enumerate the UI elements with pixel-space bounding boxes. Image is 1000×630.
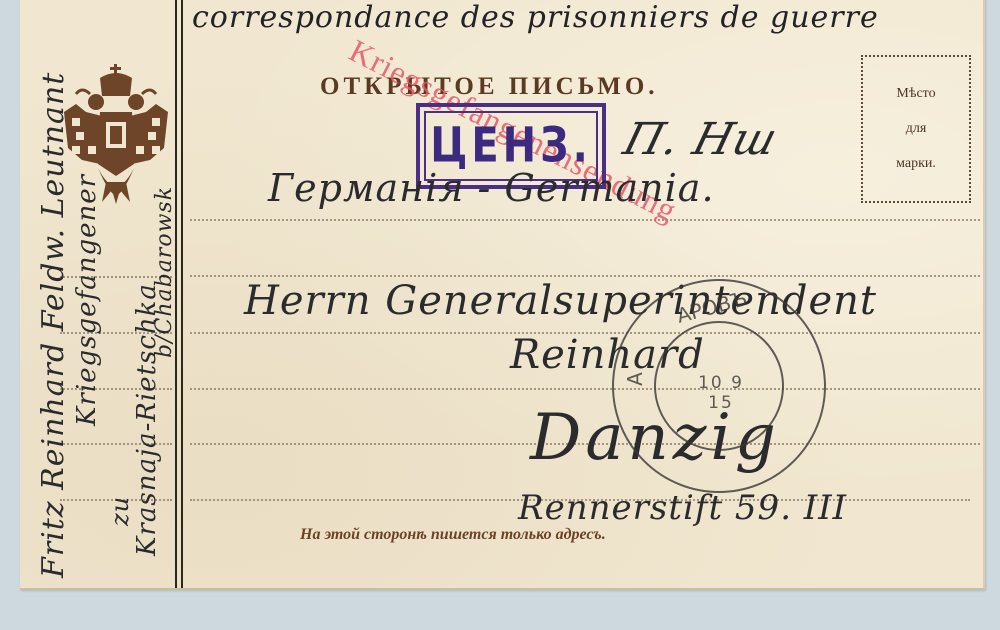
sender-city: b/Chabarowsk bbox=[152, 186, 177, 358]
stamp-box-line3: марки. bbox=[896, 156, 936, 172]
sender-zu: zu bbox=[106, 496, 134, 526]
sender-name: Fritz Reinhard Feldw. Leutnant bbox=[36, 72, 71, 578]
postmark-date: 10 9 15 bbox=[684, 373, 758, 413]
divider-line-inner bbox=[181, 0, 183, 588]
postmark: 10 9 15 АРОВЪ А bbox=[612, 279, 826, 493]
postmark-inner-ring: 10 9 15 bbox=[654, 321, 784, 451]
stamp-box-line2: для bbox=[906, 121, 927, 137]
postmark-side-letter: А bbox=[623, 372, 647, 386]
censor-signature: П. Нш bbox=[618, 114, 783, 165]
stamp-placement-box: Мѣсто для марки. bbox=[861, 55, 971, 203]
sender-status: Kriegsgefangener bbox=[72, 174, 102, 426]
address-dotted-line bbox=[190, 219, 980, 221]
postcard: correspondance des prisonniers de guerre… bbox=[20, 0, 985, 590]
footer-printed-note: На этой сторонѣ пишется только адресъ. bbox=[300, 526, 606, 544]
address-country: Германія - Germania. bbox=[268, 166, 715, 210]
stamp-box-line1: Мѣсто bbox=[896, 86, 935, 102]
address-street: Rennerstift 59. III bbox=[518, 488, 847, 528]
address-dotted-line bbox=[190, 275, 980, 277]
header-handwriting: correspondance des prisonniers de guerre bbox=[192, 0, 879, 35]
address-dotted-line bbox=[190, 388, 980, 390]
